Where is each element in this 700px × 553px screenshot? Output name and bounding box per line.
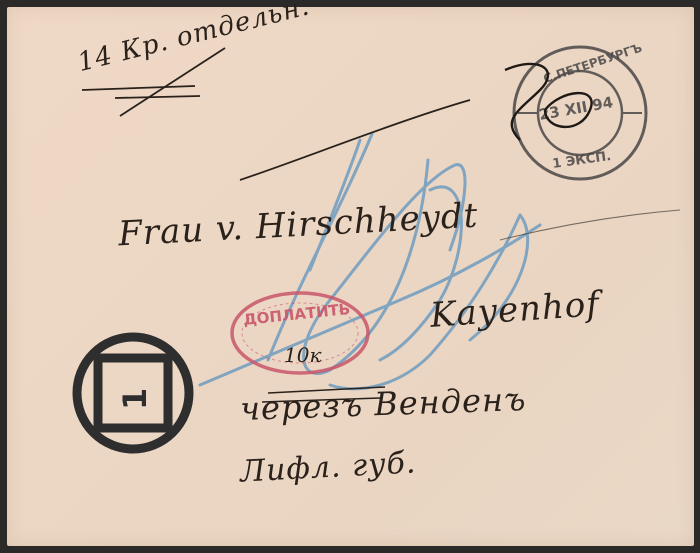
box-cancel: 1 [77,337,189,449]
annotation-underlines [82,48,470,180]
photo-frame: С.ПЕТЕРБУРГЪ 23 XII 94 1 ЭКСП. ДОПЛАТИТЬ… [0,0,700,553]
blue-crayon-marking [200,134,540,389]
box-cancel-numeral: 1 [116,388,154,410]
postage-due-stamp: ДОПЛАТИТЬ 10к [232,293,368,373]
postage-due-amount: 10к [284,343,321,367]
postage-due-label: ДОПЛАТИТЬ [243,300,351,329]
svg-text:1 ЭКСП.: 1 ЭКСП. [551,149,612,172]
